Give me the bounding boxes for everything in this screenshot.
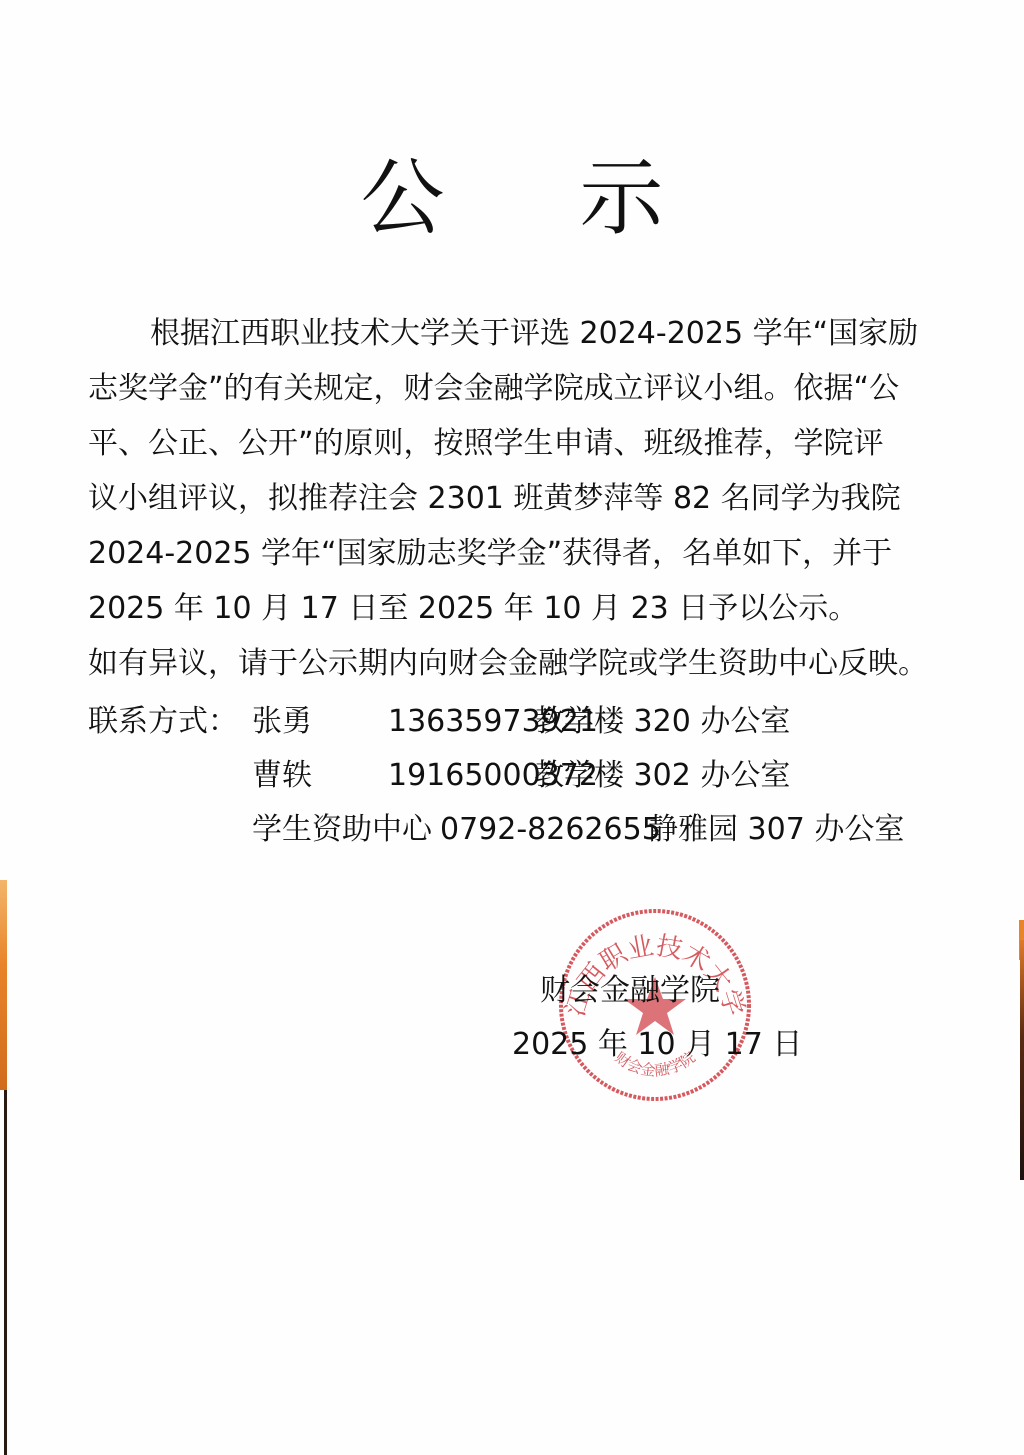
body-line-4: 议小组评议，拟推荐注会 2301 班黄梦萍等 82 名同学为我院 (88, 471, 950, 526)
body-line-6: 2025 年 10 月 17 日至 2025 年 10 月 23 日予以公示。 (88, 581, 950, 636)
title-char-2: 示 (580, 148, 664, 248)
title-char-1: 公 (360, 148, 444, 248)
contact-name: 张勇 (252, 694, 312, 749)
document-page: 公示 根据江西职业技术大学关于评选 2024-2025 学年“国家励 志奖学金”… (0, 0, 1024, 1455)
signature-org: 财会金融学院 (540, 966, 720, 1016)
contact-office: 教学楼 320 办公室 (534, 694, 790, 749)
scan-edge-left (0, 880, 7, 1090)
contact-phone: 0792-8262655 (440, 802, 661, 857)
contact-office: 静雅园 307 办公室 (648, 802, 904, 857)
body-line-2: 志奖学金”的有关规定，财会金融学院成立评议小组。依据“公 (88, 361, 950, 416)
objection-line: 如有异议，请于公示期内向财会金融学院或学生资助中心反映。 (88, 636, 950, 691)
signature-date: 2025 年 10 月 17 日 (512, 1020, 802, 1070)
scan-edge-right (1020, 940, 1024, 1180)
notice-body: 根据江西职业技术大学关于评选 2024-2025 学年“国家励 志奖学金”的有关… (88, 306, 950, 691)
contact-name: 学生资助中心 (252, 802, 432, 857)
page-title: 公示 (0, 148, 1024, 248)
body-line-3: 平、公正、公开”的原则，按照学生申请、班级推荐，学院评 (88, 416, 950, 471)
contact-office: 教学楼 302 办公室 (534, 748, 790, 803)
contact-name: 曹轶 (252, 748, 312, 803)
body-line-5: 2024-2025 学年“国家励志奖学金”获得者，名单如下，并于 (88, 526, 950, 581)
contact-label: 联系方式： (88, 694, 238, 749)
scan-edge-left-dark (4, 1090, 7, 1455)
body-line-1: 根据江西职业技术大学关于评选 2024-2025 学年“国家励 (88, 306, 950, 361)
